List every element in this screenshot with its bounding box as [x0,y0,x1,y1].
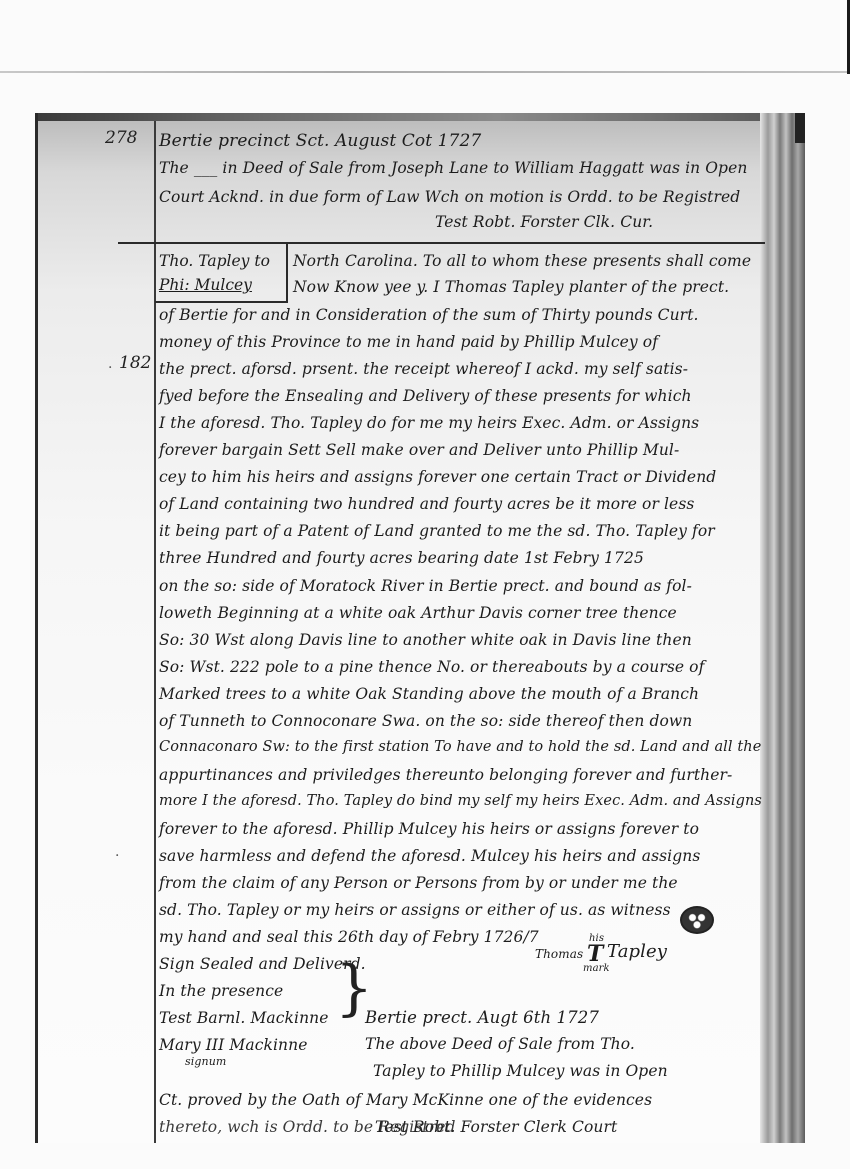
his-mark-bottom: mark [583,963,610,974]
deed-line-9: cey to him his heirs and assigns forever… [159,468,716,486]
witness-line-2: In the presence [159,982,283,1000]
page-left-edge [35,113,38,1143]
deed-line-26: my hand and seal this 26th day of Febry … [159,928,539,946]
header-line-3: Court Acknd. in due form of Law Wch on m… [159,188,740,206]
margin-mark: · [115,848,119,864]
deed-line-12: three Hundred and fourty acres bearing d… [159,549,644,567]
wax-seal-icon [680,906,714,934]
signature-surname: Tapley [607,941,667,962]
probate-line-3: Tapley to Phillip Mulcey was in Open [373,1062,668,1080]
deed-line-5: the prect. aforsd. prsent. the receipt w… [159,360,688,378]
header-attest: Test Robt. Forster Clk. Cur. [435,213,653,231]
signature-block: Thomas his T mark Tapley [535,935,715,975]
probate-line-4: Ct. proved by the Oath of Mary McKinne o… [159,1091,652,1109]
deed-line-10: of Land containing two hundred and fourt… [159,495,694,513]
page-number-margin: 182 [119,353,151,373]
deed-line-11: it being part of a Patent of Land grante… [159,522,715,540]
deed-line-14: loweth Beginning at a white oak Arthur D… [159,604,677,622]
book-gutter [760,113,805,1143]
deed-line-16: So: Wst. 222 pole to a pine thence No. o… [159,658,704,676]
deed-line-22: forever to the aforesd. Phillip Mulcey h… [159,820,699,838]
deed-line-13: on the so: side of Moratock River in Ber… [159,577,692,595]
header-line-1: Bertie precinct Sct. August Cot 1727 [159,131,481,151]
margin-heading-line-2: Phi: Mulcey [159,276,252,294]
deed-line-15: So: 30 Wst along Davis line to another w… [159,631,692,649]
deed-line-4: money of this Province to me in hand pai… [159,333,658,351]
page-top-shadow [35,113,805,121]
deed-line-18: of Tunneth to Connoconare Swa. on the so… [159,712,692,730]
deed-line-23: save harmless and defend the aforesd. Mu… [159,847,700,865]
witness-line-4: Mary III Mackinne [159,1036,307,1054]
probate-line-2: The above Deed of Sale from Tho. [365,1035,635,1053]
deed-line-3: of Bertie for and in Consideration of th… [159,306,699,324]
page-number-top: 278 [105,128,137,148]
deed-line-21: more I the aforesd. Tho. Tapley do bind … [159,793,762,809]
margin-mark: · [108,360,112,376]
probate-attest-signature: Test Robt. Forster Clerk Court [375,1118,617,1136]
deed-line-25: sd. Tho. Tapley or my heirs or assigns o… [159,901,671,919]
scanned-ledger-page: 278 182 Bertie precinct Sct. August Cot … [35,113,805,1143]
deed-line-20: appurtinances and priviledges thereunto … [159,766,732,784]
deed-line-19: Connaconaro Sw: to the first station To … [159,739,761,755]
sheet-edge-line [0,71,850,73]
book-gutter-top [795,113,805,143]
header-line-2: The ___ in Deed of Sale from Joseph Lane… [159,159,747,177]
deed-line-17: Marked trees to a white Oak Standing abo… [159,685,699,703]
probate-line-1: Bertie prect. Augt 6th 1727 [365,1008,599,1027]
witness-signum: signum [185,1055,226,1068]
deed-line-6: fyed before the Ensealing and Delivery o… [159,387,692,405]
deed-line-7: I the aforesd. Tho. Tapley do for me my … [159,414,699,432]
witness-line-3: Test Barnl. Mackinne [159,1009,329,1027]
deed-line-24: from the claim of any Person or Persons … [159,874,678,892]
deed-line-1: North Carolina. To all to whom these pre… [293,252,751,270]
margin-heading-line-1: Tho. Tapley to [159,252,270,270]
signature-first-name: Thomas [535,947,583,961]
deed-line-8: forever bargain Sett Sell make over and … [159,441,679,459]
deed-line-2: Now Know yee y. I Thomas Tapley planter … [293,278,729,296]
